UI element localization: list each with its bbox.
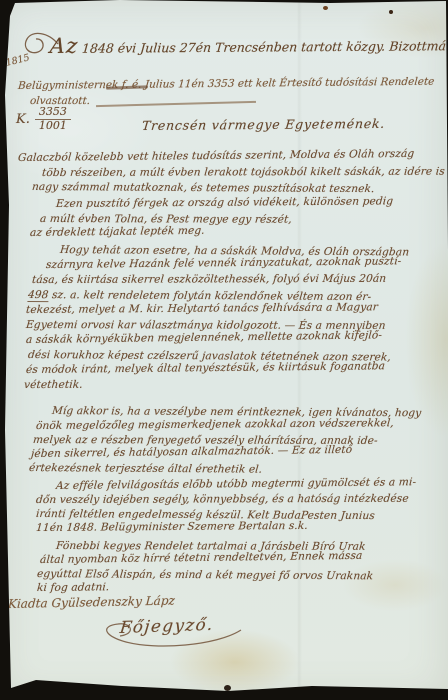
- handwritten-line: Az efféle felvilágosítás előbb utóbb meg…: [56, 476, 417, 492]
- header-text: 1848 évi Julius 27én Trencsénben tartott…: [77, 38, 448, 56]
- handwritten-line: és módok iránt, melyek által tenyésztésü…: [26, 360, 386, 376]
- handwritten-line: önök megelőzőleg megismerkedjenek azokka…: [36, 417, 395, 432]
- ink-stroke: [96, 101, 256, 107]
- handwritten-line: az érdeklett tájakat lepték meg.: [30, 225, 206, 239]
- handwritten-line: szárnyra kelve Hazánk felé vennék irányz…: [46, 255, 402, 271]
- ink-speck: [389, 10, 393, 14]
- paper-sheet: Az 1848 évi Julius 27én Trencsénben tart…: [0, 0, 448, 700]
- handwritten-line: vétethetik.: [23, 379, 83, 391]
- registration-line-1: Belügyministernek f. é. Julius 11én 3353…: [18, 76, 435, 92]
- margin-note: 1815: [5, 52, 31, 69]
- handwritten-line: tekezést, melyet a M. kir. Helytartó tan…: [26, 301, 379, 316]
- issued-by-line: Kiadta Gyülsedenszky Lápz: [8, 594, 176, 611]
- handwritten-line: 11én 1848. Belügyminister Szemere Bertal…: [36, 520, 309, 534]
- header-initial: Az: [49, 34, 79, 58]
- handwritten-line: nagy számmal mutatkoznak, és tetemes pus…: [31, 181, 375, 195]
- handwritten-line: a múlt évben Tolna, és Pest megye egy ré…: [39, 213, 292, 226]
- handwritten-line: jében sikerrel, és hatályosan alkalmazha…: [31, 444, 353, 460]
- handwritten-line: ki fog adatni.: [37, 581, 110, 594]
- file-number-numerator: 3353: [35, 105, 71, 120]
- header-dateline: Az 1848 évi Julius 27én Trencsénben tart…: [49, 31, 448, 58]
- ink-speck: [323, 6, 328, 10]
- file-number-prefix: K.: [16, 112, 30, 127]
- handwritten-line: Ezen pusztító férgek az ország alsó vidé…: [56, 195, 394, 210]
- scanned-document: Az 1848 évi Julius 27én Trencsénben tart…: [0, 0, 448, 700]
- signature: Főjegyző.: [119, 615, 215, 637]
- fold-mark: [224, 685, 231, 691]
- handwritten-line: Galaczból közelebb vett hiteles tudósítá…: [18, 148, 415, 164]
- handwritten-line: több részeiben, a múlt évben lerakott to…: [41, 166, 445, 179]
- handwritten-line: tása, és kiirtása sikerrel eszközöltethe…: [31, 273, 386, 286]
- file-number: K.33531001: [16, 106, 71, 132]
- handwritten-line: által nyomban köz hírré tétetni rendelte…: [40, 550, 363, 566]
- handwritten-line: értekezésnek terjesztése által érethetik…: [28, 462, 262, 476]
- handwritten-line: a sáskák környékükben megjelennének, mel…: [26, 329, 383, 346]
- salutation: Trencsén vármegye Egyetemének.: [141, 116, 386, 133]
- handwritten-line: egyúttal Első Alispán, és mind a két meg…: [36, 568, 373, 582]
- handwritten-line: dőn veszély idejében segély, könnyebbség…: [35, 493, 409, 506]
- file-number-denominator: 1001: [35, 119, 71, 133]
